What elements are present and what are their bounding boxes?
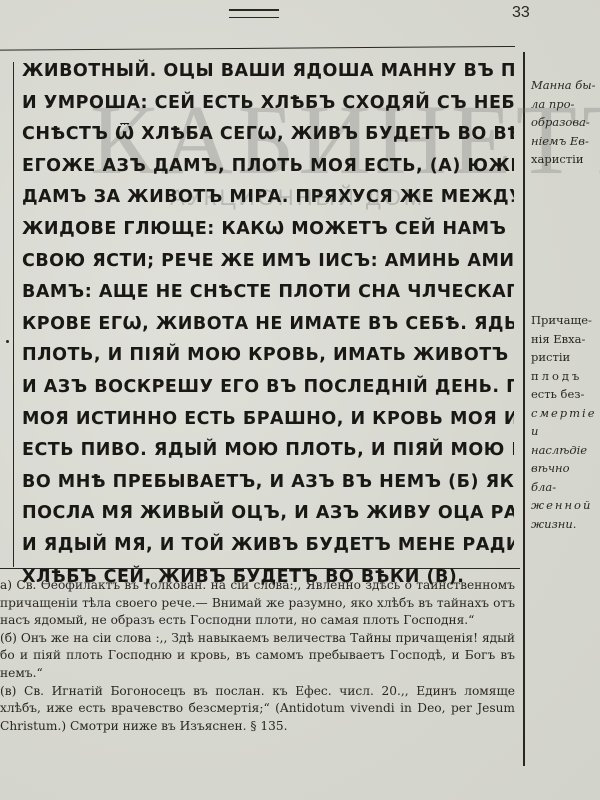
text-line: и умроша: Сей есть хлѣбъ сходяй съ небе:…: [22, 88, 514, 120]
ink-dot: [6, 340, 9, 343]
footnote-v: (в) Св. Игнатій Богоносецъ въ послан. къ…: [0, 683, 515, 736]
text-line: плоть, и піяй мою кровь, имать животъ вѣ…: [22, 340, 514, 372]
margin-divider-rule: [523, 52, 525, 766]
text-line: егоже азъ дамъ, плоть моя есть, (а) юже …: [22, 151, 514, 183]
footnote-marker: (б): [0, 631, 17, 645]
text-line: свою ясти; Рече же имъ Іисъ: аминь аминь…: [22, 246, 514, 278]
margin-note-manna: Манна бы- ла про- образова- ніемъ Ев- ха…: [531, 76, 597, 169]
margin-note-line: Причаще-: [531, 311, 597, 330]
text-line: и ядый мя, и той живъ будетъ мене ради.—…: [22, 530, 514, 562]
margin-note-line: есть без-: [531, 385, 597, 404]
text-line: снѣстъ ѿ хлѣба сегѡ, живъ будетъ во вѣки…: [22, 119, 514, 151]
text-line: дамъ за животъ міра. Пряхуся же между со…: [22, 182, 514, 214]
margin-note-line: плодъ: [531, 367, 597, 386]
text-line: вамъ: аще не снѣсте плоти Сна члческагѡ,…: [22, 277, 514, 309]
margin-note-line: ніемъ Ев-: [531, 132, 597, 151]
text-line: посла мя живый Оцъ, и азъ живу Оца ради:: [22, 498, 514, 530]
footnote-marker: (в): [0, 684, 16, 698]
margin-note-line: ристіи: [531, 348, 597, 367]
margin-note-line: и наслѣдіе: [531, 422, 597, 459]
text-line: животный. Оцы ваши ядоша манну въ пустын…: [22, 56, 514, 88]
margin-note-eucharist: Причаще- нія Евха- ристіи плодъ есть без…: [531, 311, 597, 533]
margin-note-line: образова-: [531, 113, 597, 132]
text-line: есть пиво. Ядый мою плоть, и піяй мою кр…: [22, 435, 514, 467]
text-line: крове егѡ, живота не имате въ себѣ. Ядый…: [22, 309, 514, 341]
footnote-text: Св. Игнатій Богоносецъ въ послан. къ Ефе…: [0, 684, 515, 733]
footnotes: а) Св. Ѳеофилактъ въ толкован. на сіи сл…: [0, 577, 515, 735]
margin-note-line: смертіе: [531, 404, 597, 423]
margin-note-line: Манна бы-: [531, 76, 597, 95]
margin-note-line: харистіи: [531, 150, 597, 169]
footnote-b: (б) Онъ же на сіи слова :,, Здѣ навыкаем…: [0, 630, 515, 683]
top-rule: [0, 46, 515, 51]
margin-note-line: ла про-: [531, 95, 597, 114]
main-scripture-text: животный. Оцы ваши ядоша манну въ пустын…: [22, 56, 514, 593]
text-line: жидове глюще: какѡ можетъ сей намъ дати …: [22, 214, 514, 246]
text-line: моя истинно есть брашно, и кровь моя ист…: [22, 404, 514, 436]
text-line: во мнѣ пребываетъ, и азъ въ немъ (б) Яко…: [22, 467, 514, 499]
footnote-a: а) Св. Ѳеофилактъ въ толкован. на сіи сл…: [0, 577, 515, 630]
text-frame-left-rule: [13, 62, 14, 567]
margin-note-line: жизни.: [531, 515, 597, 534]
footnote-text: Св. Ѳеофилактъ въ толкован. на сіи слова…: [0, 578, 515, 627]
footnote-marker: а): [0, 578, 12, 592]
page-number: 33: [512, 4, 530, 22]
text-line: и азъ воскрешу его въ последній день. Пл…: [22, 372, 514, 404]
margin-note-line: нія Евха-: [531, 330, 597, 349]
margin-note-line: женной: [531, 496, 597, 515]
header-ornament: [229, 9, 279, 18]
footnote-text: Онъ же на сіи слова :,, Здѣ навыкаемъ ве…: [0, 631, 515, 680]
margin-note-line: вѣчно бла-: [531, 459, 597, 496]
